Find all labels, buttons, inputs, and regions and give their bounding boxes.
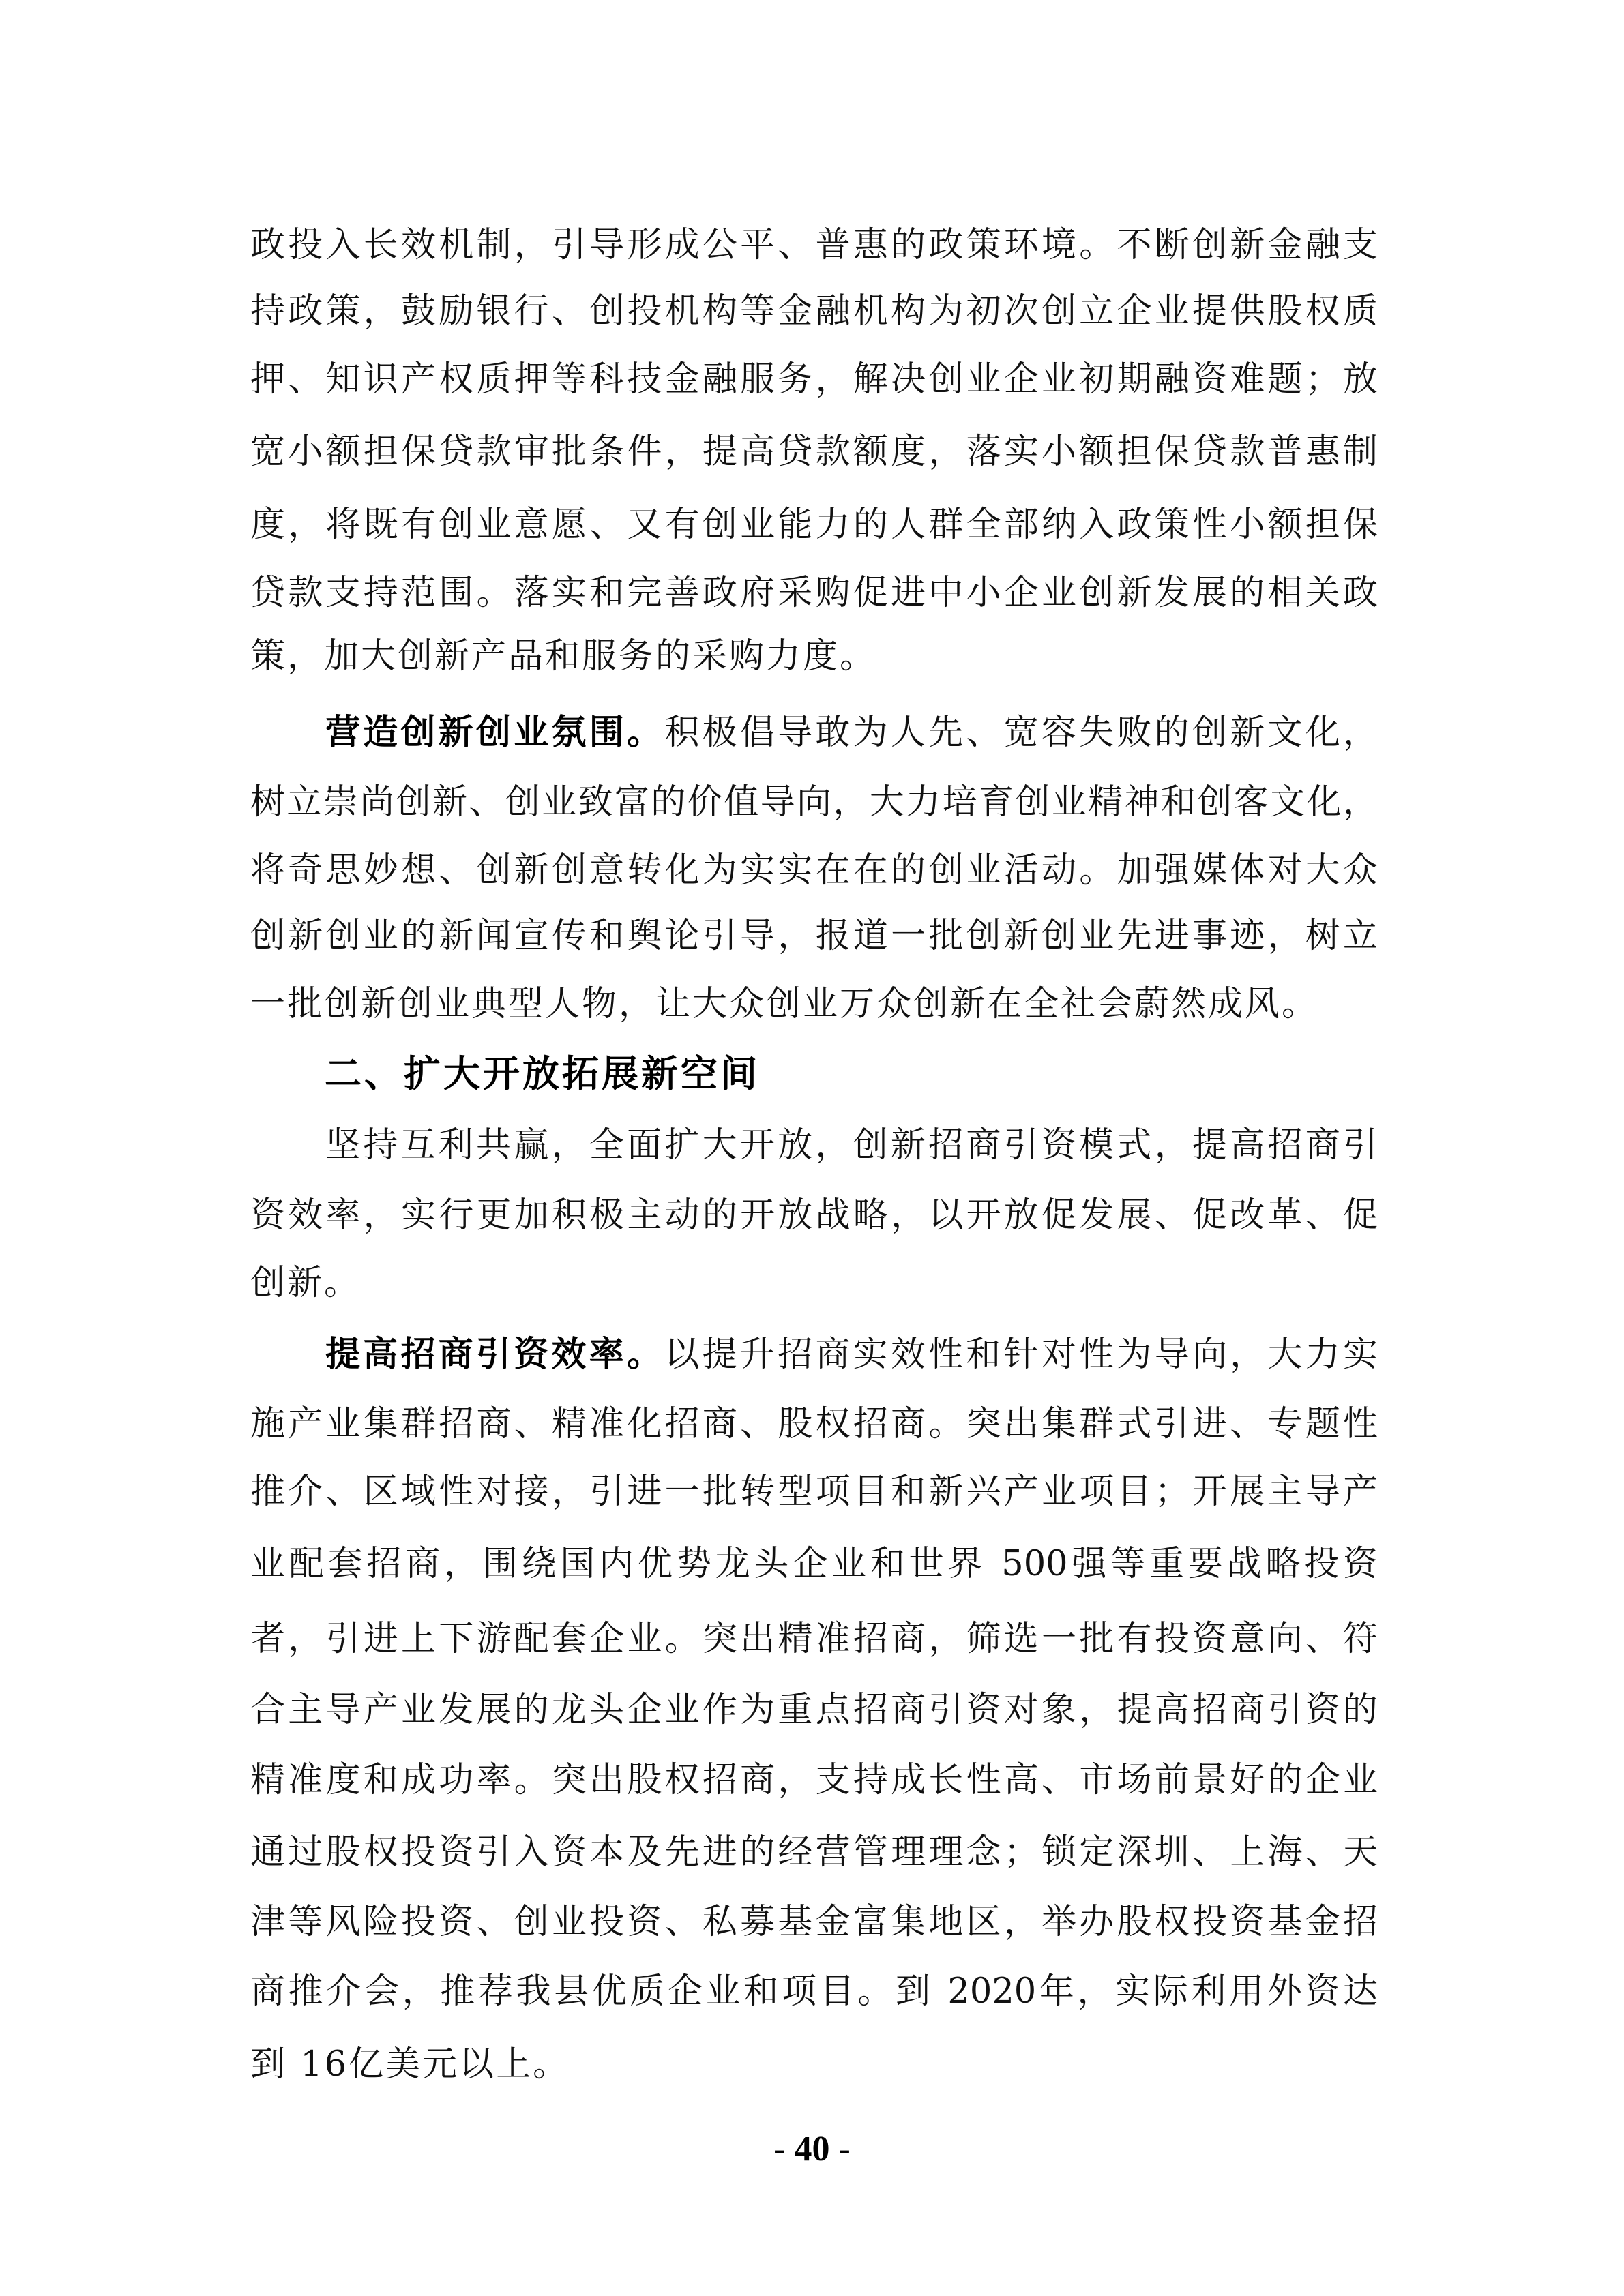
document-page: 政投入长效机制，引导形成公平、普惠的政策环境。不断创新金融支 持政策，鼓励银行、… (0, 0, 1624, 2296)
text-line: 树立崇尚创新、创业致富的价值导向，大力培育创业精神和创客文化， (250, 769, 1378, 837)
text-line: 宽小额担保贷款审批条件，提高贷款额度，落实小额担保贷款普惠制 (250, 418, 1378, 486)
text-line: 押、知识产权质押等科技金融服务，解决创业企业初期融资难题；放 (250, 346, 1378, 414)
paragraph-lead-bold: 提高招商引资效率。 (325, 1335, 664, 1375)
text-line-first: 提高招商引资效率。以提升招商实效性和针对性为导向，大力实 (325, 1321, 1378, 1389)
text-line: 持政策，鼓励银行、创投机构等金融机构为初次创立企业提供股权质 (250, 278, 1378, 346)
text-line: 将奇思妙想、创新创意转化为实实在在的创业活动。加强媒体对大众 (250, 837, 1378, 905)
text-line: 商推介会，推荐我县优质企业和项目。到 2020年，实际利用外资达 (250, 1958, 1378, 2026)
text-line: 创新创业的新闻宣传和舆论引导，报道一批创新创业先进事迹，树立 (250, 902, 1378, 970)
text-line: 创新。 (250, 1249, 1378, 1317)
section-heading: 二、扩大开放拓展新空间 (325, 1040, 760, 1108)
text-line: 政投入长效机制，引导形成公平、普惠的政策环境。不断创新金融支 (250, 211, 1378, 280)
text-line: 策，加大创新产品和服务的采购力度。 (250, 623, 1378, 691)
text-line: 津等风险投资、创业投资、私募基金富集地区，举办股权投资基金招 (250, 1888, 1378, 1956)
paragraph-lead-rest: 以提升招商实效性和针对性为导向，大力实 (664, 1335, 1378, 1375)
text-line: 资效率，实行更加积极主动的开放战略，以开放促发展、促改革、促 (250, 1182, 1378, 1250)
text-line: 一批创新创业典型人物，让大众创业万众创新在全社会蔚然成风。 (250, 970, 1378, 1039)
text-line: 度，将既有创业意愿、又有创业能力的人群全部纳入政策性小额担保 (250, 491, 1378, 559)
paragraph-lead-rest: 积极倡导敢为人先、宽容失败的创新文化， (664, 713, 1378, 753)
text-line: 业配套招商，围绕国内优势龙头企业和世界 500强等重要战略投资 (250, 1530, 1378, 1598)
text-line: 精准度和成功率。突出股权招商，支持成长性高、市场前景好的企业 (250, 1746, 1378, 1815)
text-line: 贷款支持范围。落实和完善政府采购促进中小企业创新发展的相关政 (250, 559, 1378, 627)
text-line: 到 16亿美元以上。 (250, 2031, 1378, 2099)
text-line-first: 营造创新创业氛围。积极倡导敢为人先、宽容失败的创新文化， (325, 699, 1378, 767)
text-line: 通过股权投资引入资本及先进的经营管理理念；锁定深圳、上海、天 (250, 1819, 1378, 1887)
text-line-first: 坚持互利共赢，全面扩大开放，创新招商引资模式，提高招商引 (325, 1112, 1378, 1180)
text-line: 推介、区域性对接，引进一批转型项目和新兴产业项目；开展主导产 (250, 1458, 1378, 1526)
page-number: - 40 - (0, 2129, 1624, 2170)
text-line: 施产业集群招商、精准化招商、股权招商。突出集群式引进、专题性 (250, 1390, 1378, 1459)
text-line: 合主导产业发展的龙头企业作为重点招商引资对象，提高招商引资的 (250, 1676, 1378, 1744)
paragraph-lead-bold: 营造创新创业氛围。 (325, 713, 664, 753)
text-line: 者，引进上下游配套企业。突出精准招商，筛选一批有投资意向、符 (250, 1605, 1378, 1673)
